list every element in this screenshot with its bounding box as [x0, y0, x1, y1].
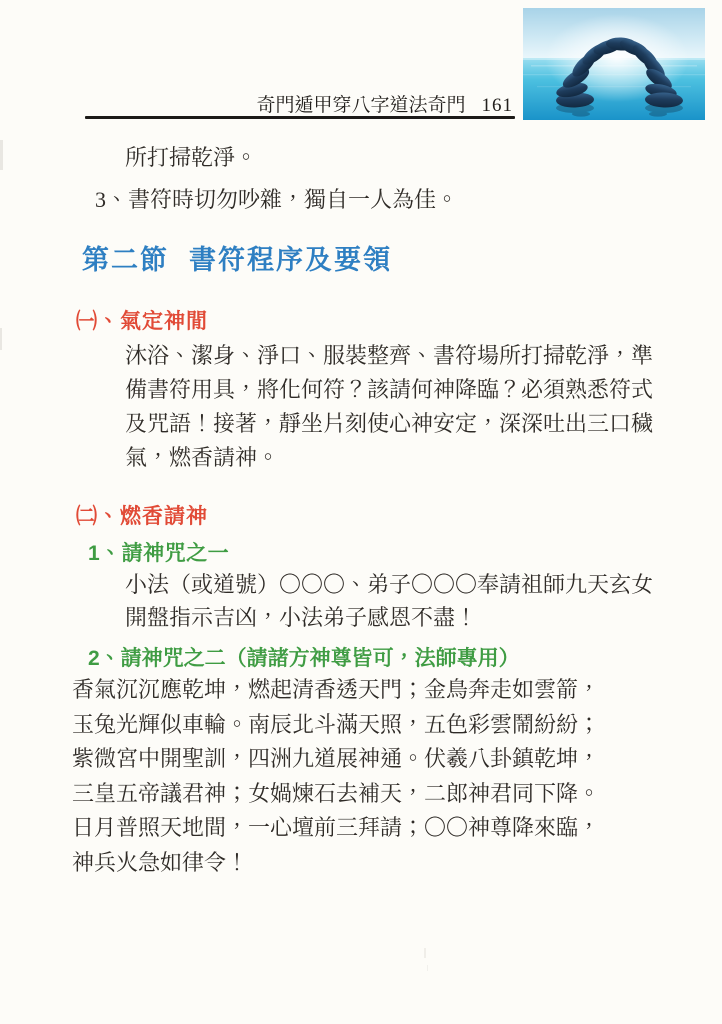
subsection-heading: ㈠、氣定神閒: [76, 305, 208, 335]
body-line: 沐浴、潔身、淨口、服裝整齊、書符場所打掃乾淨，準: [125, 343, 653, 368]
body-line: 3、書符時切勿吵雜，獨自一人為佳。: [95, 187, 458, 212]
section-number: 第二節: [82, 245, 169, 275]
body-line: 備書符用具，將化何符？該請何神降臨？必須熟悉符式: [125, 377, 653, 402]
book-page: 奇門遁甲穿八字道法奇門161: [0, 0, 722, 1024]
body-line: 香氣沉沉應乾坤，燃起清香透天門；金鳥奔走如雲箭，: [72, 677, 600, 702]
section-title: 書符程序及要領: [189, 245, 392, 275]
running-head-title: 奇門遁甲穿八字道法奇門: [256, 95, 465, 116]
page-number: 161: [482, 95, 514, 116]
item-heading: 2、請神咒之二（請諸方神尊皆可，法師專用）: [88, 642, 520, 672]
body-line: 玉兔光輝似車輪。南辰北斗滿天照，五色彩雲鬧紛紛；: [72, 712, 600, 737]
body-line: 開盤指示吉凶，小法弟子感恩不盡！: [125, 605, 477, 630]
item-heading: 1、請神咒之一: [88, 537, 229, 567]
header-rule: [85, 116, 515, 119]
body-line: 神兵火急如律令！: [72, 850, 248, 875]
running-head: 奇門遁甲穿八字道法奇門161: [85, 90, 513, 117]
scan-artifact: [424, 948, 426, 958]
subsection-heading: ㈡、燃香請神: [76, 500, 208, 530]
section-heading: 第二節書符程序及要領: [82, 238, 392, 277]
body-line: 三皇五帝議君神；女媧煉石去補天，二郎神君同下降。: [72, 781, 600, 806]
body-line: 及咒語！接著，靜坐片刻使心神安定，深深吐出三口穢: [125, 411, 653, 436]
body-line: 紫微宮中開聖訓，四洲九道展神通。伏羲八卦鎮乾坤，: [72, 746, 600, 771]
body-line: 所打掃乾淨。: [125, 145, 257, 170]
body-line: 氣，燃香請神。: [125, 445, 279, 470]
scan-artifact: [0, 140, 3, 170]
body-line: 小法（或道號）〇〇〇、弟子〇〇〇奉請祖師九天玄女: [125, 572, 653, 597]
stone-arch-photo: [523, 8, 705, 120]
scan-artifact: [427, 965, 428, 971]
scan-artifact: [0, 328, 2, 350]
body-line: 日月普照天地間，一心壇前三拜請；〇〇神尊降來臨，: [72, 815, 600, 840]
